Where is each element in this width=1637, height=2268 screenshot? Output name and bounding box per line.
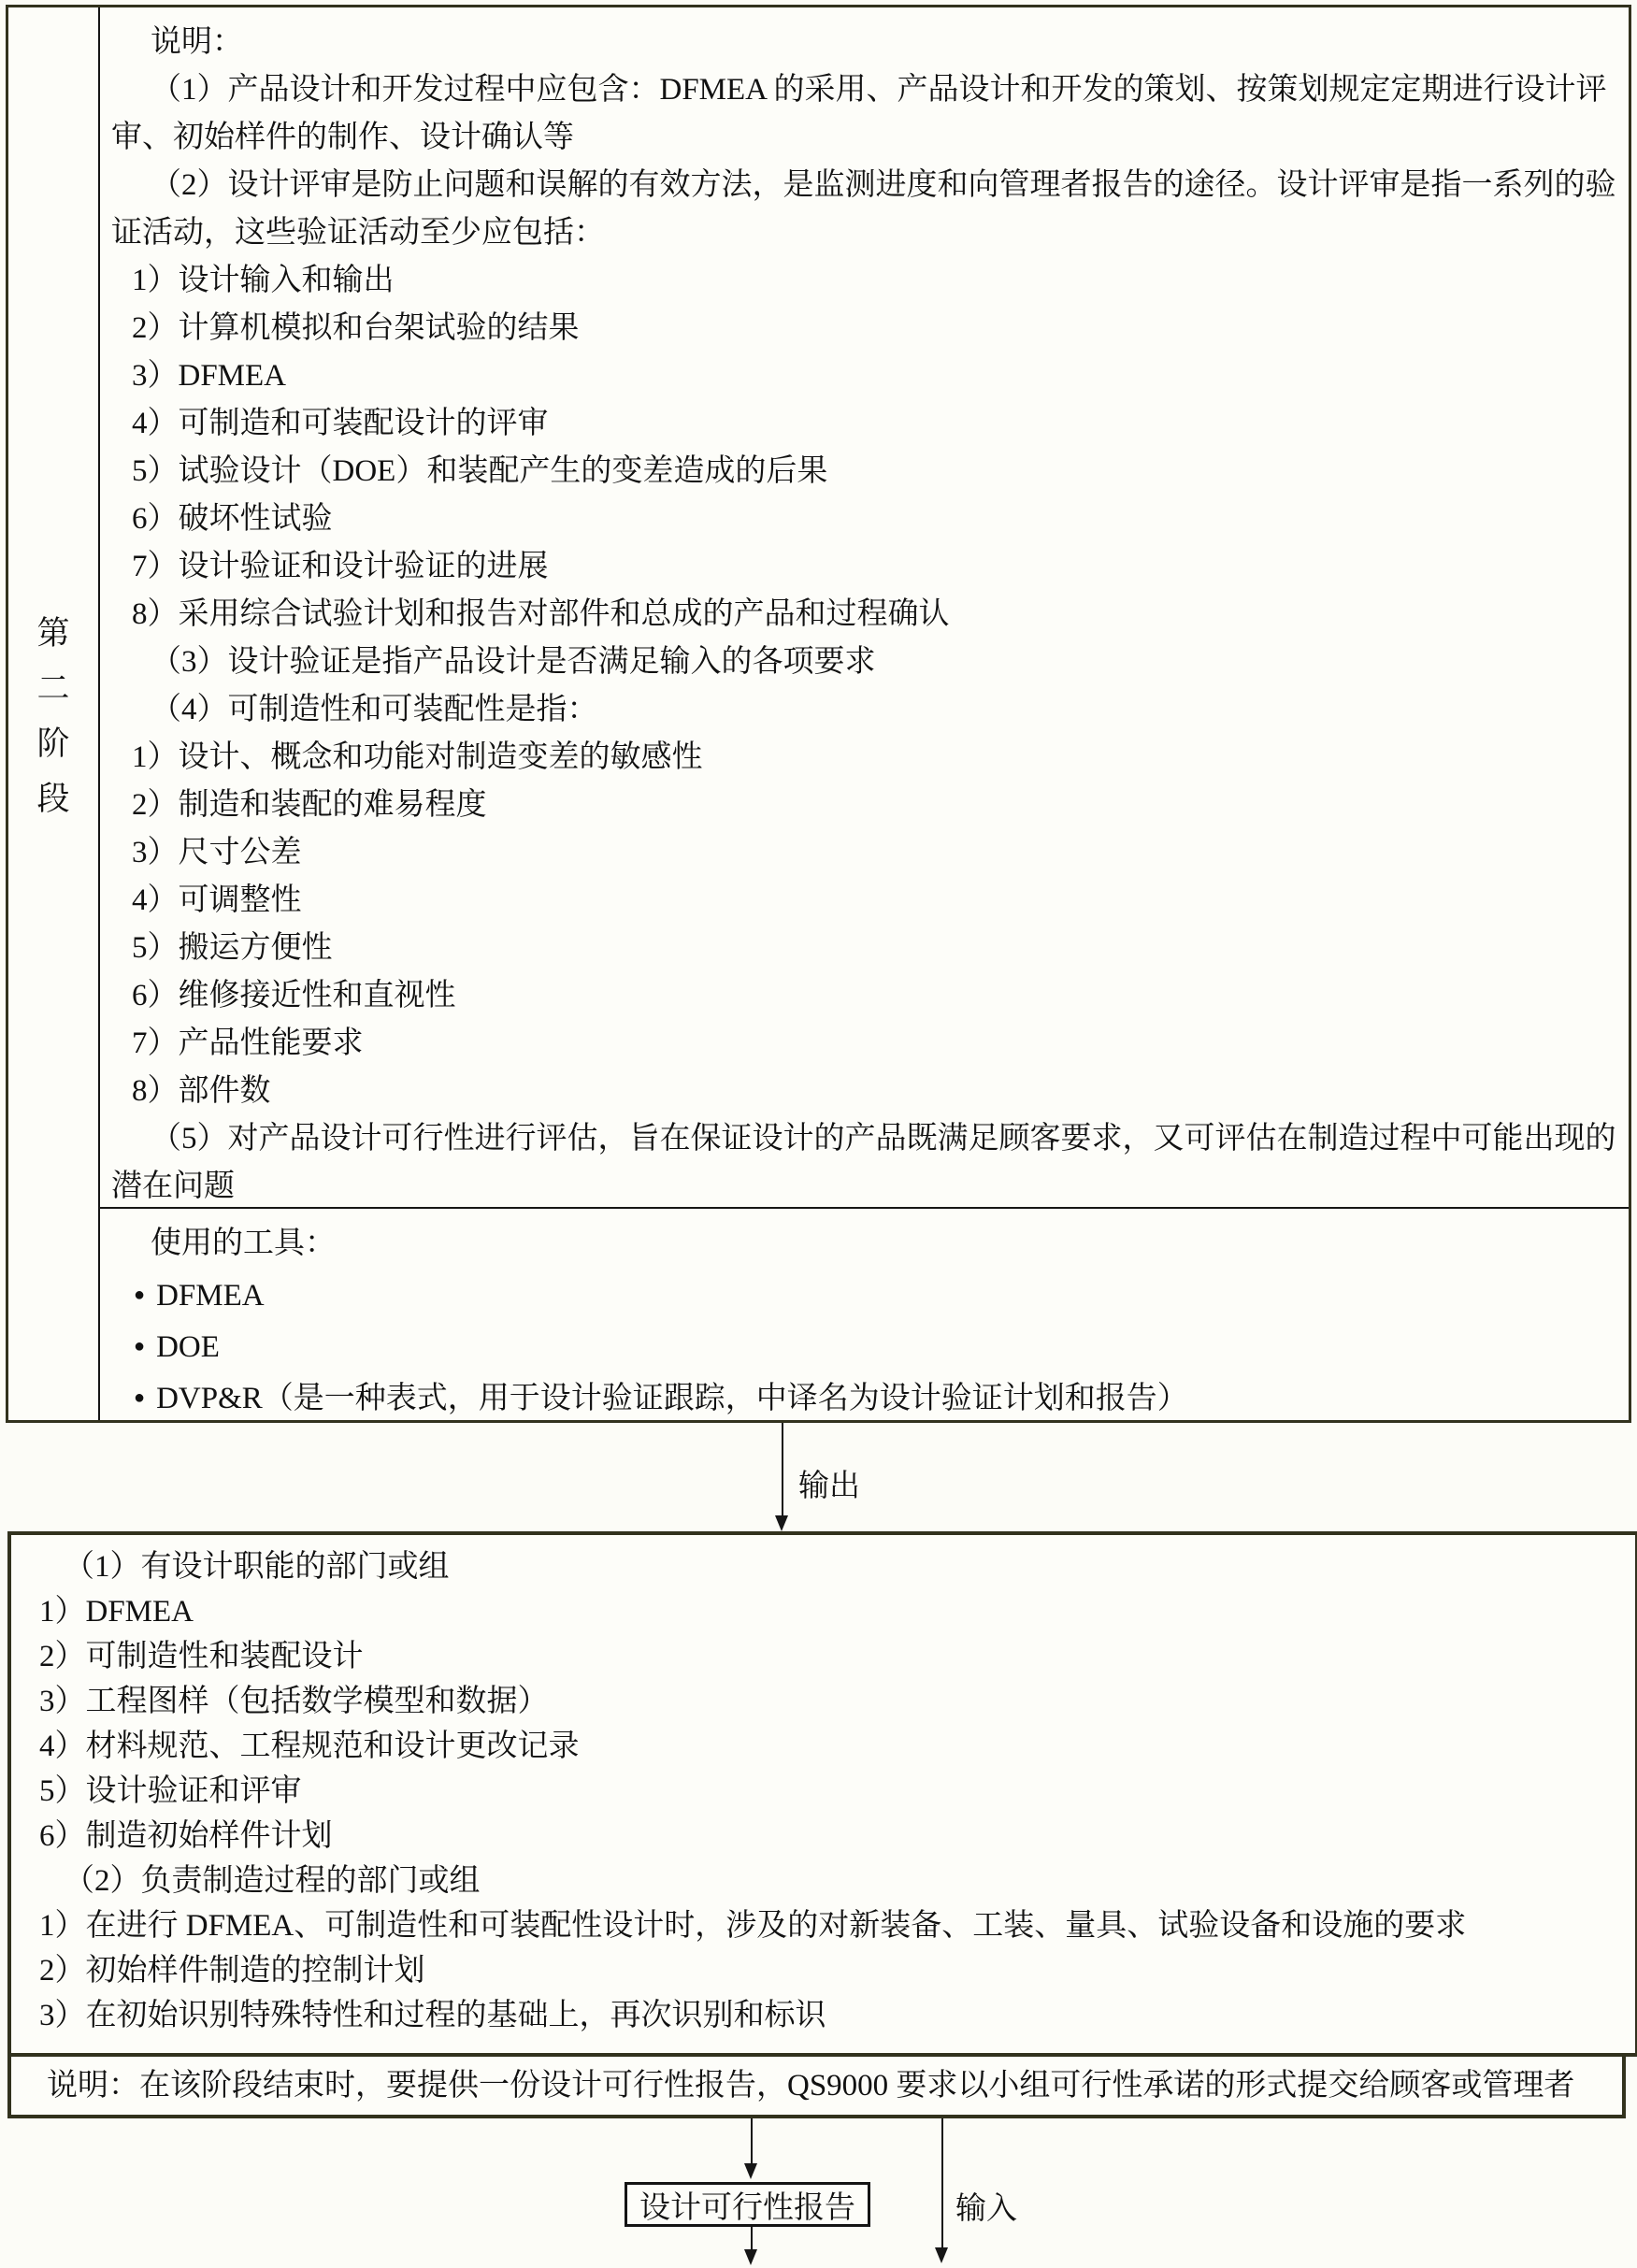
list-item: 4）可调整性 (109, 877, 1623, 925)
list-item: 2）计算机模拟和台架试验的结果 (109, 305, 1623, 352)
phase-label-cell: 第二阶段 (8, 7, 100, 1420)
list-item: 5）搬运方便性 (109, 925, 1623, 972)
input-arrow-stem (941, 2118, 943, 2249)
list-item: 5）设计验证和评审 (24, 1769, 1635, 1814)
list-item: 2）初始样件制造的控制计划 (24, 1948, 1635, 1993)
tools-section: 使用的工具： ●DFMEA ●DOE ●DVP&R（是一种表式，用于设计验证跟踪… (100, 1209, 1629, 1420)
list-item: 4）可制造和可装配设计的评审 (109, 400, 1623, 448)
output-arrow-stem (782, 1423, 783, 1516)
list-item: 3）尺寸公差 (109, 829, 1623, 877)
list-item: （2）负责制造过程的部门或组 (24, 1859, 1635, 1903)
list-item: 审、初始样件的制作、设计确认等 (109, 114, 1623, 162)
list-item: 7）设计验证和设计验证的进展 (109, 543, 1623, 591)
list-item: 3）DFMEA (109, 352, 1623, 400)
list-item: 2）可制造性和装配设计 (24, 1634, 1635, 1679)
list-item: 潜在问题 (109, 1163, 1623, 1209)
list-item: 6）破坏性试验 (109, 495, 1623, 543)
phase2-table: 第二阶段 说明：（1）产品设计和开发过程中应包含：DFMEA 的采用、产品设计和… (6, 5, 1631, 1423)
output-arrow-head-icon (775, 1515, 788, 1531)
output-label: 输出 (798, 1461, 860, 1505)
report-box: 设计可行性报告 (625, 2182, 870, 2227)
list-item: 8）部件数 (109, 1068, 1623, 1115)
report-arrow-stem (751, 2118, 753, 2165)
note-text: 说明：在该阶段结束时，要提供一份设计可行性报告，QS9000 要求以小组可行性承… (11, 2057, 1622, 2115)
tool-item: ●DFMEA (109, 1270, 1623, 1321)
list-item: （5）对产品设计可行性进行评估，旨在保证设计的产品既满足顾客要求，又可评估在制造… (109, 1115, 1623, 1163)
list-item: 证活动，这些验证活动至少应包括： (109, 209, 1623, 257)
phase-label: 第二阶段 (36, 608, 69, 820)
list-item: 1）在进行 DFMEA、可制造性和可装配性设计时，涉及的对新装备、工装、量具、试… (24, 1903, 1635, 1948)
phase-content-cell: 说明：（1）产品设计和开发过程中应包含：DFMEA 的采用、产品设计和开发的策划… (100, 7, 1629, 1420)
list-item: 1）设计、概念和功能对制造变差的敏感性 (109, 734, 1623, 782)
bullet-icon: ● (134, 1336, 145, 1356)
explanation-section: 说明：（1）产品设计和开发过程中应包含：DFMEA 的采用、产品设计和开发的策划… (100, 7, 1629, 1209)
list-item: 8）采用综合试验计划和报告对部件和总成的产品和过程确认 (109, 591, 1623, 639)
list-item: （1）产品设计和开发过程中应包含：DFMEA 的采用、产品设计和开发的策划、按策… (109, 66, 1623, 114)
tools-list: ●DFMEA ●DOE ●DVP&R（是一种表式，用于设计验证跟踪，中译名为设计… (109, 1270, 1623, 1420)
tool-label: DVP&R（是一种表式，用于设计验证跟踪，中译名为设计验证计划和报告） (156, 1382, 1188, 1415)
phase-char: 第 (36, 608, 69, 654)
document-page: 第二阶段 说明：（1）产品设计和开发过程中应包含：DFMEA 的采用、产品设计和… (0, 0, 1637, 2268)
input-arrow-head-icon (935, 2247, 948, 2263)
list-item: 说明： (109, 19, 1623, 66)
list-item: 1）设计输入和输出 (109, 257, 1623, 305)
note-bar: 说明：在该阶段结束时，要提供一份设计可行性报告，QS9000 要求以小组可行性承… (7, 2053, 1626, 2118)
phase-char: 二 (36, 663, 69, 710)
bullet-icon: ● (134, 1387, 145, 1408)
list-item: 4）材料规范、工程规范和设计更改记录 (24, 1724, 1635, 1769)
outputs-box: （1）有设计职能的部门或组1）DFMEA2）可制造性和装配设计3）工程图样（包括… (7, 1531, 1637, 2057)
phase-char: 段 (36, 773, 69, 820)
tool-label: DFMEA (156, 1279, 265, 1313)
list-item: （3）设计验证是指产品设计是否满足输入的各项要求 (109, 639, 1623, 686)
list-item: 2）制造和装配的难易程度 (109, 782, 1623, 829)
report-arrow-head-icon (744, 2163, 757, 2179)
list-item: 6）制造初始样件计划 (24, 1814, 1635, 1859)
tool-label: DOE (156, 1330, 220, 1364)
report-exit-arrow-head-icon (744, 2249, 757, 2265)
list-item: 3）在初始识别特殊特性和过程的基础上，再次识别和标识 (24, 1993, 1635, 2038)
list-item: 1）DFMEA (24, 1589, 1635, 1634)
report-box-label: 设计可行性报告 (639, 2183, 855, 2227)
input-label: 输入 (955, 2184, 1017, 2228)
list-item: 7）产品性能要求 (109, 1020, 1623, 1068)
list-item: （4）可制造性和可装配性是指： (109, 686, 1623, 734)
report-exit-arrow-stem (751, 2227, 753, 2251)
phase-char: 阶 (36, 718, 69, 765)
bullet-icon: ● (134, 1285, 145, 1305)
list-item: （1）有设计职能的部门或组 (24, 1544, 1635, 1589)
list-item: 6）维修接近性和直视性 (109, 972, 1623, 1020)
tools-title: 使用的工具： (109, 1218, 1623, 1270)
list-item: （2）设计评审是防止问题和误解的有效方法，是监测进度和向管理者报告的途径。设计评… (109, 162, 1623, 209)
list-item: 5）试验设计（DOE）和装配产生的变差造成的后果 (109, 448, 1623, 495)
tool-item: ●DOE (109, 1321, 1623, 1372)
tool-item: ●DVP&R（是一种表式，用于设计验证跟踪，中译名为设计验证计划和报告） (109, 1372, 1623, 1420)
list-item: 3）工程图样（包括数学模型和数据） (24, 1679, 1635, 1724)
